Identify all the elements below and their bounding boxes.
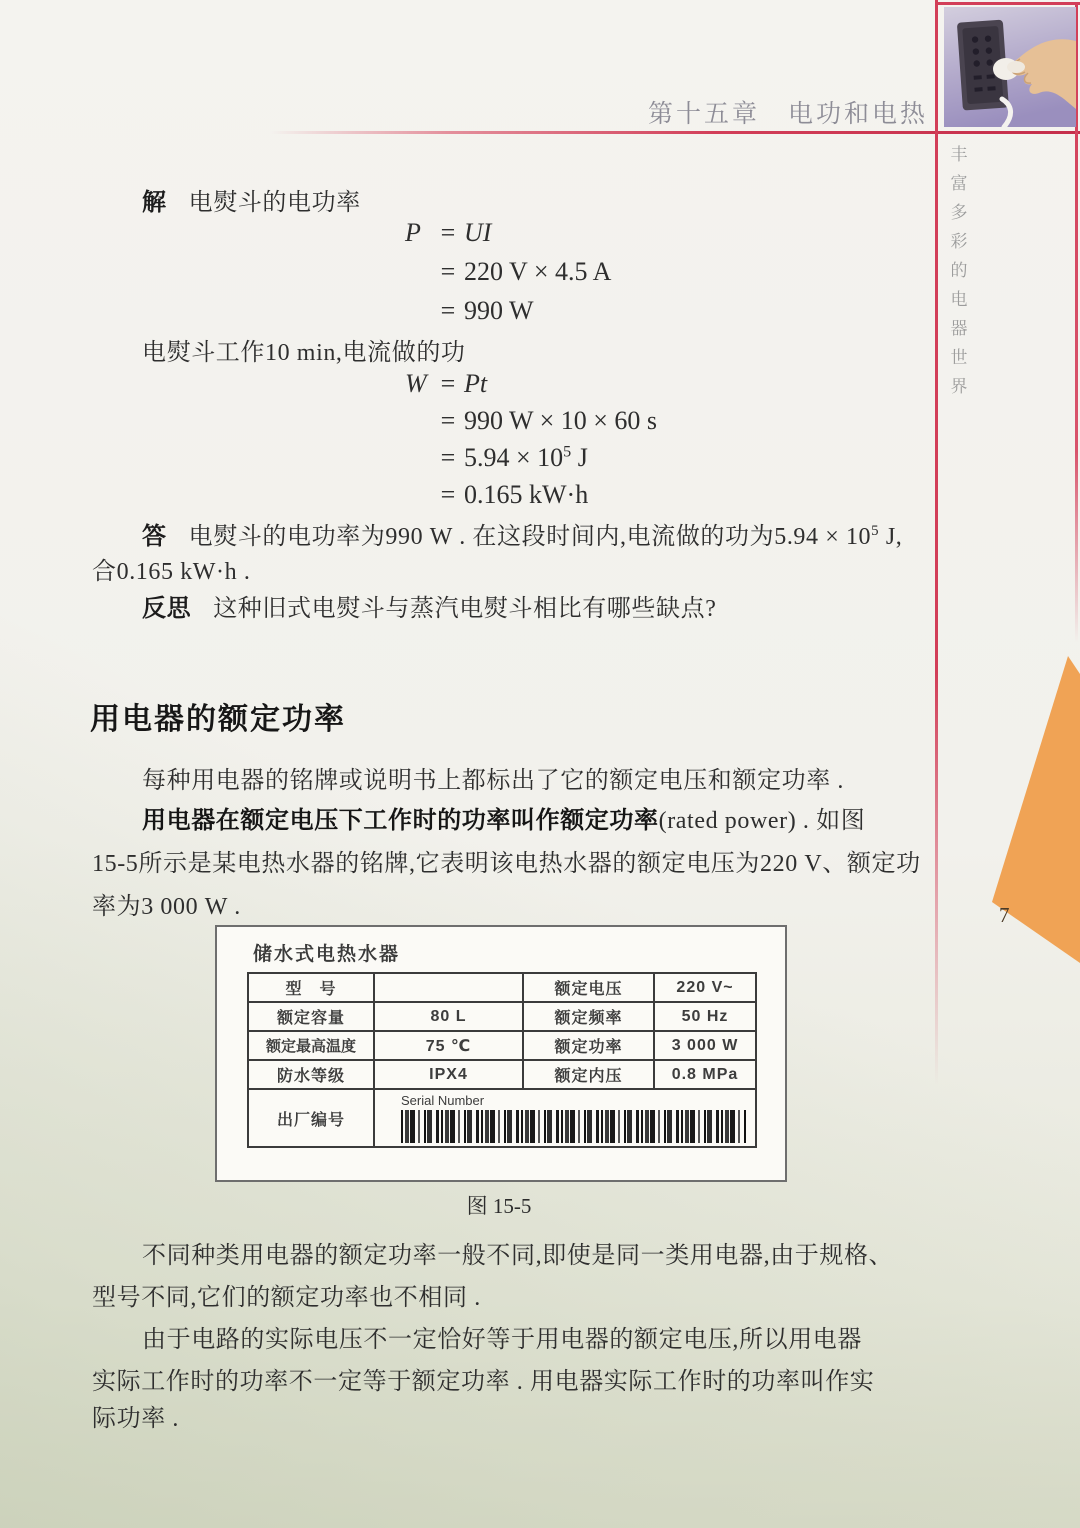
chapter-title: 第十五章 电功和电热 bbox=[648, 94, 928, 130]
paragraph-line: 际功率 . bbox=[92, 1398, 922, 1433]
work-intro-line: 电熨斗工作10 min,电流做的功 bbox=[142, 332, 972, 367]
eq-rhs: UI bbox=[464, 218, 491, 247]
eq-operator: = bbox=[432, 406, 464, 436]
section-title: 用电器的额定功率 bbox=[90, 694, 346, 738]
eq-lhs: W bbox=[405, 369, 432, 399]
barcode bbox=[401, 1110, 746, 1143]
serial-content-cell: Serial Number bbox=[374, 1089, 756, 1147]
paragraph-line: 由于电路的实际电压不一定恰好等于用电器的额定电压,所以用电器 bbox=[142, 1319, 972, 1354]
top-right-rule bbox=[936, 2, 1080, 5]
sidebar-char: 电 bbox=[949, 285, 969, 310]
table-cell: IPX4 bbox=[374, 1060, 523, 1089]
definition-rest: (rated power) . 如图 bbox=[659, 808, 866, 834]
table-cell: 防水等级 bbox=[248, 1060, 374, 1089]
sidebar-char: 彩 bbox=[949, 227, 969, 252]
eq-lhs: P bbox=[405, 218, 432, 248]
reflect-line: 反思这种旧式电熨斗与蒸汽电熨斗相比有哪些缺点? bbox=[142, 588, 972, 623]
solution-intro-line: 解电熨斗的电功率 bbox=[142, 182, 972, 217]
eq-operator: = bbox=[432, 443, 464, 473]
eq-rhs: 990 W bbox=[464, 296, 534, 325]
paragraph-line: 率为3 000 W . bbox=[92, 886, 922, 921]
paragraph-line: 用电器在额定电压下工作时的功率叫作额定功率(rated power) . 如图 bbox=[142, 800, 972, 835]
paragraph-line: 实际工作时的功率不一定等于额定功率 . 用电器实际工作时的功率叫作实 bbox=[92, 1361, 922, 1396]
table-cell: 额定电压 bbox=[523, 973, 654, 1002]
page-corner-tab bbox=[985, 648, 1080, 978]
eq-operator: = bbox=[432, 480, 464, 510]
solution-label: 解 bbox=[142, 189, 167, 216]
eq-operator: = bbox=[432, 369, 464, 399]
table-cell bbox=[374, 973, 523, 1002]
header-rule bbox=[270, 131, 1080, 134]
table-cell: 额定内压 bbox=[523, 1060, 654, 1089]
eq-operator: = bbox=[432, 296, 464, 326]
equation-line: =220 V × 4.5 A bbox=[405, 257, 611, 287]
table-cell: 型 号 bbox=[248, 973, 374, 1002]
table-cell: 80 L bbox=[374, 1002, 523, 1031]
table-cell: 3 000 W bbox=[654, 1031, 756, 1060]
textbook-page: 第十五章 电功和电热 丰 bbox=[0, 0, 1080, 1528]
reflect-text: 这种旧式电熨斗与蒸汽电熨斗相比有哪些缺点? bbox=[213, 596, 716, 622]
eq-operator: = bbox=[432, 218, 464, 248]
table-cell: 75 ℃ bbox=[374, 1031, 523, 1060]
nameplate-title: 储水式电热水器 bbox=[253, 939, 400, 966]
equation-line: =0.165 kW·h bbox=[405, 480, 588, 510]
sidebar-char: 丰 bbox=[949, 140, 969, 165]
eq-rhs: 990 W × 10 × 60 s bbox=[464, 406, 657, 435]
nameplate-figure: 储水式电热水器 型 号 额定电压 220 V~ 额定容量 80 L 额定频率 5… bbox=[215, 925, 787, 1182]
eq-operator: = bbox=[432, 257, 464, 287]
table-cell: 额定最高温度 bbox=[248, 1031, 374, 1060]
answer-line-2: 合0.165 kW·h . bbox=[92, 551, 922, 586]
eq-rhs: 5.94 × 10 bbox=[464, 443, 563, 472]
nameplate-table: 型 号 额定电压 220 V~ 额定容量 80 L 额定频率 50 Hz 额定最… bbox=[247, 972, 757, 1148]
equation-line: W=Pt bbox=[405, 369, 487, 399]
serial-label-cell: 出厂编号 bbox=[248, 1089, 374, 1147]
answer-line-1: 答电熨斗的电功率为990 W . 在这段时间内,电流做的功为5.94 × 105… bbox=[142, 516, 972, 551]
table-cell: 额定容量 bbox=[248, 1002, 374, 1031]
answer-text-unit: J, bbox=[879, 524, 902, 550]
eq-rhs: 220 V × 4.5 A bbox=[464, 257, 611, 286]
paragraph-line: 型号不同,它们的额定功率也不相同 . bbox=[92, 1277, 922, 1312]
eq-rhs: 0.165 kW·h bbox=[464, 480, 588, 509]
sidebar-char: 的 bbox=[949, 256, 969, 281]
table-cell: 额定频率 bbox=[523, 1002, 654, 1031]
page-number: 7 bbox=[999, 903, 1010, 928]
answer-label: 答 bbox=[142, 523, 167, 550]
definition-bold: 用电器在额定电压下工作时的功率叫作额定功率 bbox=[142, 807, 659, 834]
socket-plug-image bbox=[944, 7, 1076, 127]
table-cell: 50 Hz bbox=[654, 1002, 756, 1031]
paragraph-line: 每种用电器的铭牌或说明书上都标出了它的额定电压和额定功率 . bbox=[142, 760, 972, 795]
table-cell: 220 V~ bbox=[654, 973, 756, 1002]
table-cell: 0.8 MPa bbox=[654, 1060, 756, 1089]
solution-intro: 电熨斗的电功率 bbox=[189, 190, 361, 216]
sidebar-char: 界 bbox=[949, 372, 969, 397]
table-cell: 额定功率 bbox=[523, 1031, 654, 1060]
paragraph-line: 15-5所示是某电热水器的铭牌,它表明该电热水器的额定电压为220 V、额定功 bbox=[92, 843, 922, 878]
answer-exponent: 5 bbox=[871, 523, 879, 539]
equation-line: =990 W × 10 × 60 s bbox=[405, 406, 657, 436]
eq-rhs: Pt bbox=[464, 369, 487, 398]
equation-line: =5.94 × 105 J bbox=[405, 443, 588, 473]
eq-rhs-unit: J bbox=[571, 443, 588, 472]
reflect-label: 反思 bbox=[142, 595, 191, 622]
paragraph-line: 不同种类用电器的额定功率一般不同,即使是同一类用电器,由于规格、 bbox=[142, 1235, 972, 1270]
equation-line: P=UI bbox=[405, 218, 491, 248]
equation-line: =990 W bbox=[405, 296, 534, 326]
figure-caption: 图 15-5 bbox=[215, 1190, 783, 1220]
answer-text: 电熨斗的电功率为990 W . 在这段时间内,电流做的功为5.94 × 10 bbox=[189, 524, 872, 550]
serial-number-label: Serial Number bbox=[401, 1093, 755, 1108]
